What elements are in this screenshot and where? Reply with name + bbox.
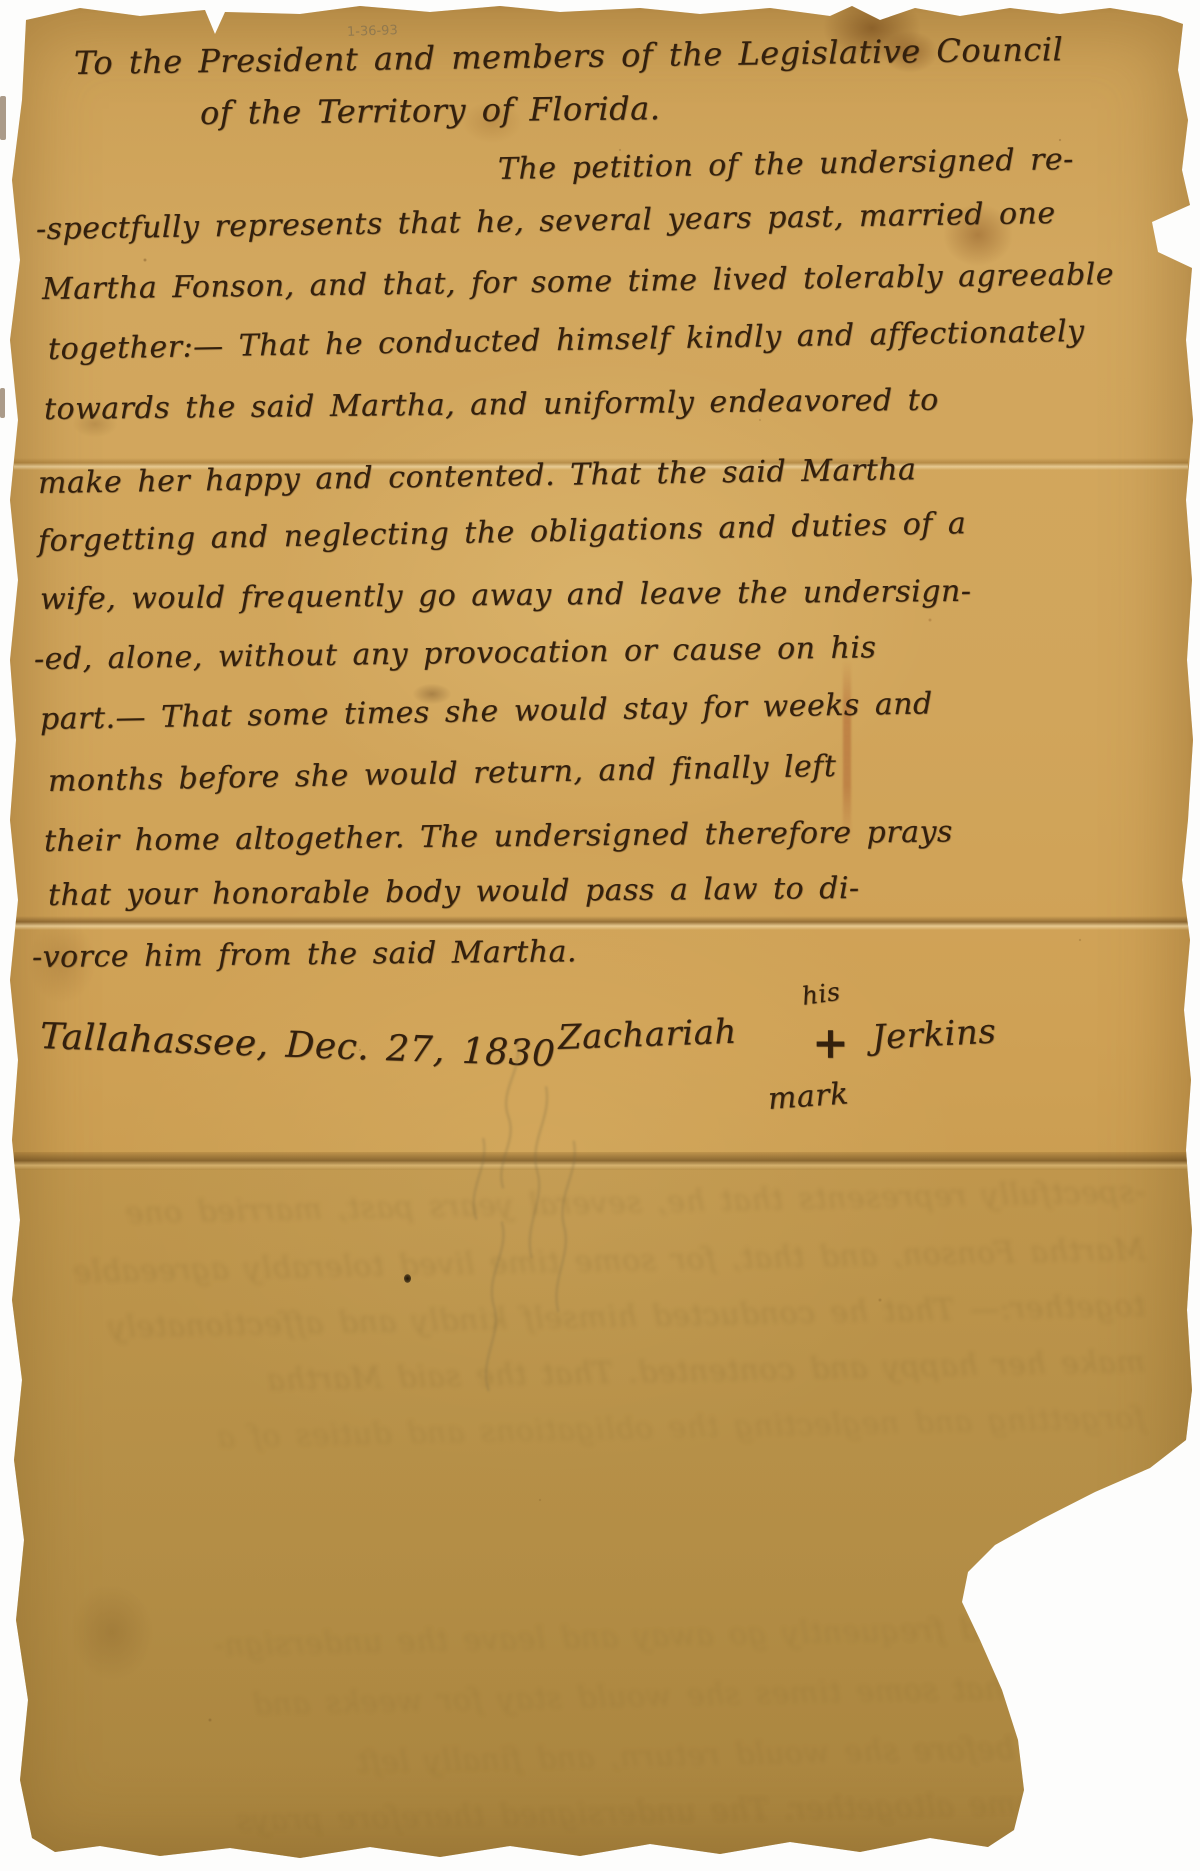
signature-mark-label: mark bbox=[767, 1076, 850, 1117]
petition-line: -vorce him from the said Martha. bbox=[32, 934, 577, 975]
petition-line: The petition of the undersigned re- bbox=[498, 142, 1074, 187]
scanned-document-page: 1-36-93 To the President and members of … bbox=[0, 0, 1200, 1871]
verso-showthrough-line: months before she would return, and fina… bbox=[55, 1729, 1145, 1787]
heading-line: To the President and members of the Legi… bbox=[74, 30, 1064, 82]
petition-line: part.— That some times she would stay fo… bbox=[40, 686, 933, 737]
paper-edge-mark bbox=[0, 96, 6, 140]
signature-his-label: his bbox=[800, 977, 842, 1011]
petition-line: forgetting and neglecting the obligation… bbox=[38, 506, 967, 559]
petition-line: towards the said Martha, and uniformly e… bbox=[44, 383, 939, 427]
petition-line: -ed, alone, without any provocation or c… bbox=[34, 630, 877, 677]
verso-showthrough-line: wife, would frequently go away and leave… bbox=[55, 1609, 1145, 1667]
petition-line: their home altogether. The undersigned t… bbox=[44, 814, 953, 859]
petition-line: make her happy and contented. That the s… bbox=[38, 452, 917, 501]
paper-edge-mark bbox=[0, 388, 5, 418]
aged-paper-sheet: 1-36-93 To the President and members of … bbox=[0, 0, 1200, 1871]
petition-line: -spectfully represents that he, several … bbox=[36, 196, 1056, 247]
petition-line: that your honorable body would pass a la… bbox=[48, 871, 860, 913]
archival-pencil-note: 1-36-93 bbox=[347, 23, 398, 40]
signature-mark-cross: + bbox=[812, 1018, 849, 1069]
petition-line: Martha Fonson, and that, for some time l… bbox=[42, 257, 1114, 307]
petition-line: together:— That he conducted himself kin… bbox=[48, 314, 1085, 367]
petition-line: wife, would frequently go away and leave… bbox=[40, 574, 972, 617]
heading-line: of the Territory of Florida. bbox=[200, 89, 661, 132]
fold-crease-middle bbox=[14, 916, 1188, 930]
signature-last-name: Jerkins bbox=[871, 1012, 997, 1058]
ink-speck bbox=[404, 1274, 411, 1283]
verso-showthrough-line: part.— That some times she would stay fo… bbox=[55, 1669, 1145, 1727]
verso-showthrough-line: their home altogether. The undersigned t… bbox=[55, 1785, 1145, 1843]
petition-line: months before she would return, and fina… bbox=[48, 749, 837, 799]
pencil-scribbles bbox=[402, 1015, 708, 1466]
